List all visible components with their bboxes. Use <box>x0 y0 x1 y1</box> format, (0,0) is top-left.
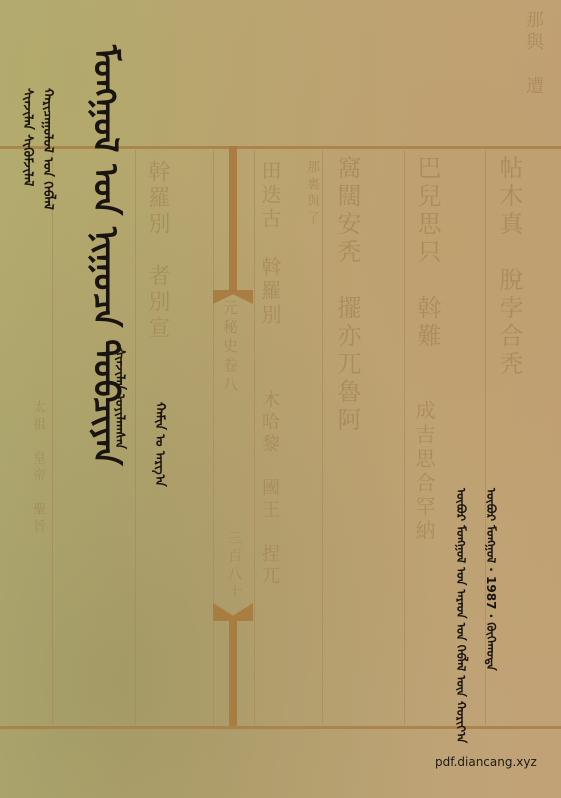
bg-text-column: 幹羅別 者別宣 <box>142 160 173 342</box>
bg-text-column: 巴兒思只 斡難 <box>410 155 445 351</box>
publication-year-line: ᠥᠪᠥᠷ ᠮᠣᠩᠭᠣᠯ · 1987 · ᠬᠥᠬᠡᠬᠣᠲᠠ <box>481 488 502 671</box>
column-rule <box>213 150 214 725</box>
bg-text-column: 太祖 皇帝 聖旨 <box>28 400 47 536</box>
subtitle-center-line-1: ᠰᠢᠨᠵᠢᠯᠡᠨ ᠨᠣᠶᠢᠯᠠᠭᠰᠠᠨ <box>108 348 131 449</box>
column-rule <box>135 150 136 725</box>
bg-text-column: 成吉思合罕納 <box>410 400 439 544</box>
bg-text-column: 窩闊安秃 擺亦兀魯阿 <box>330 155 365 435</box>
bg-text-column: 木哈黎 國王 捏兀 <box>256 390 282 588</box>
bg-text-column: 田迭古 斡羅別 <box>256 160 285 328</box>
publisher-name: ᠥᠪᠥᠷ ᠮᠣᠩᠭᠣᠯ ᠤᠨ ᠠᠷᠠᠳ ᠤᠨ ᠬᠡᠪᠯᠡᠯ ᠦᠨ ᠬᠣᠷᠢᠶ᠎ᠠ <box>451 488 472 743</box>
fold-spine-top <box>229 146 237 292</box>
column-rule <box>322 150 323 725</box>
book-cover: 那與 遭 帖木真 脫孛合秃 巴兒思只 斡難 窩闊安秃 擺亦兀魯阿 那裏與了 田迭… <box>0 0 561 798</box>
subtitle-center-line-2: ᠬᠠᠮᠢᠨ ᠤ ᠠᠷᠭ᠎ᠠ <box>148 402 171 487</box>
bg-text-column: 元秘史卷八 <box>220 300 241 395</box>
bg-text-column: 那裏與了 <box>302 160 321 228</box>
watermark-text: pdf.diancang.xyz <box>435 755 537 769</box>
bg-text-column: 帖木真 脫孛合秃 <box>492 155 527 379</box>
fold-spine-bracket-bottom <box>213 603 253 621</box>
column-rule <box>254 150 255 725</box>
column-rule <box>404 150 405 725</box>
bg-text-column: 三百八十 <box>224 530 244 602</box>
bg-text-column: 那與 遭 <box>520 10 546 98</box>
fold-spine-bottom <box>229 620 237 726</box>
subtitle-line-2: ᠬᠠᠷᠢᠴᠠᠭᠤᠯᠤᠯ ᠤᠨ ᠬᠡᠪᠯᠡᠯ <box>36 88 59 210</box>
column-rule <box>52 150 53 725</box>
